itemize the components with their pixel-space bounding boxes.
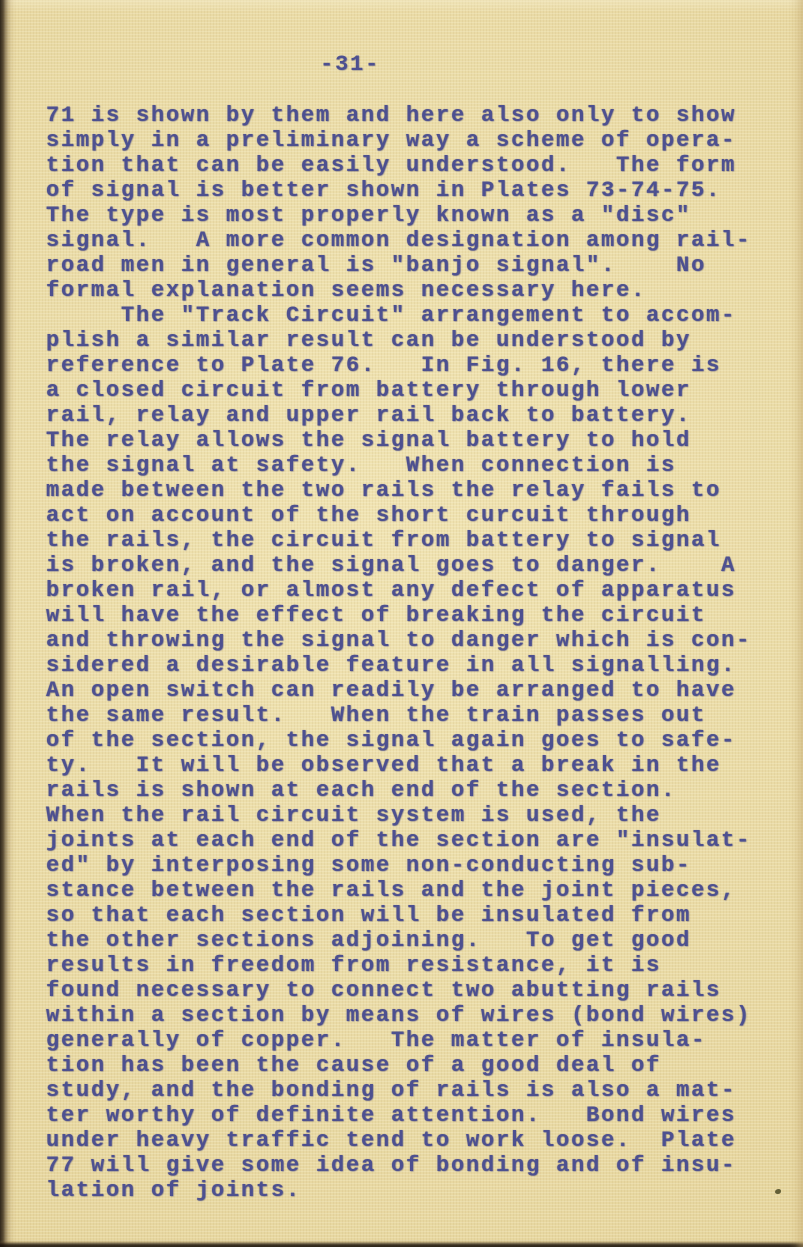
page-number: -31- [320, 52, 380, 77]
left-binding-shadow [0, 0, 16, 1247]
document-page: -31- 71 is shown by them and here also o… [0, 0, 803, 1247]
bottom-edge-shadow [0, 1240, 803, 1247]
top-edge-shade [0, 0, 803, 12]
ink-speck [775, 1189, 781, 1194]
body-text: 71 is shown by them and here also only t… [46, 103, 751, 1203]
right-edge-shade [789, 0, 803, 1247]
